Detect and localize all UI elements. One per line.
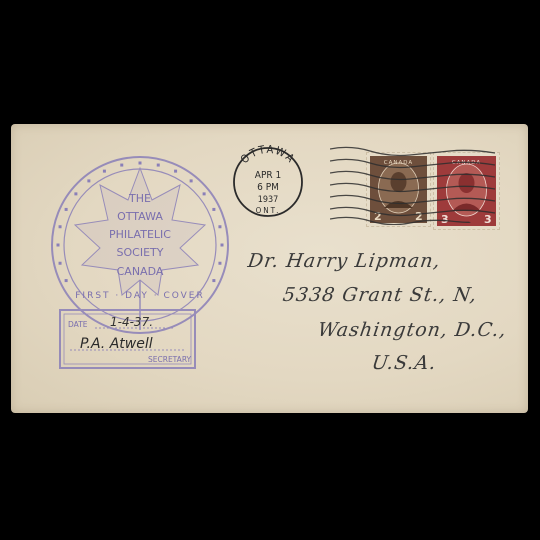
- cachet-line-society: SOCIETY: [117, 246, 164, 259]
- postmark-province: ONT.: [256, 206, 281, 215]
- cachet-ring-text: FIRST · DAY · COVER: [75, 291, 205, 301]
- cachet-signature: P.A. Atwell: [80, 336, 153, 352]
- wavy-cancel-lines: [330, 145, 510, 225]
- svg-text:OTTAWA: OTTAWA: [238, 143, 298, 166]
- postmark-city: OTTAWA: [238, 143, 298, 166]
- cachet-date-label: DATE: [68, 320, 88, 329]
- cachet-line-canada: CANADA: [117, 265, 164, 278]
- postmark: OTTAWA APR 1 6 PM 1937 ONT.: [225, 140, 320, 225]
- cachet-line-ottawa: OTTAWA: [117, 210, 163, 223]
- cachet-line-the: THE: [128, 192, 151, 205]
- postmark-date: APR 1: [255, 170, 281, 181]
- postmark-year: 1937: [258, 195, 279, 205]
- cachet-date-value: 1-4-37.: [110, 315, 153, 329]
- cachet-secretary-label: SECRETARY: [148, 355, 192, 364]
- cachet-line-philatelic: PHILATELIC: [109, 228, 171, 241]
- postmark-time: 6 PM: [257, 182, 279, 193]
- society-cachet: THE OTTAWA PHILATELIC SOCIETY CANADA FIR…: [40, 130, 240, 380]
